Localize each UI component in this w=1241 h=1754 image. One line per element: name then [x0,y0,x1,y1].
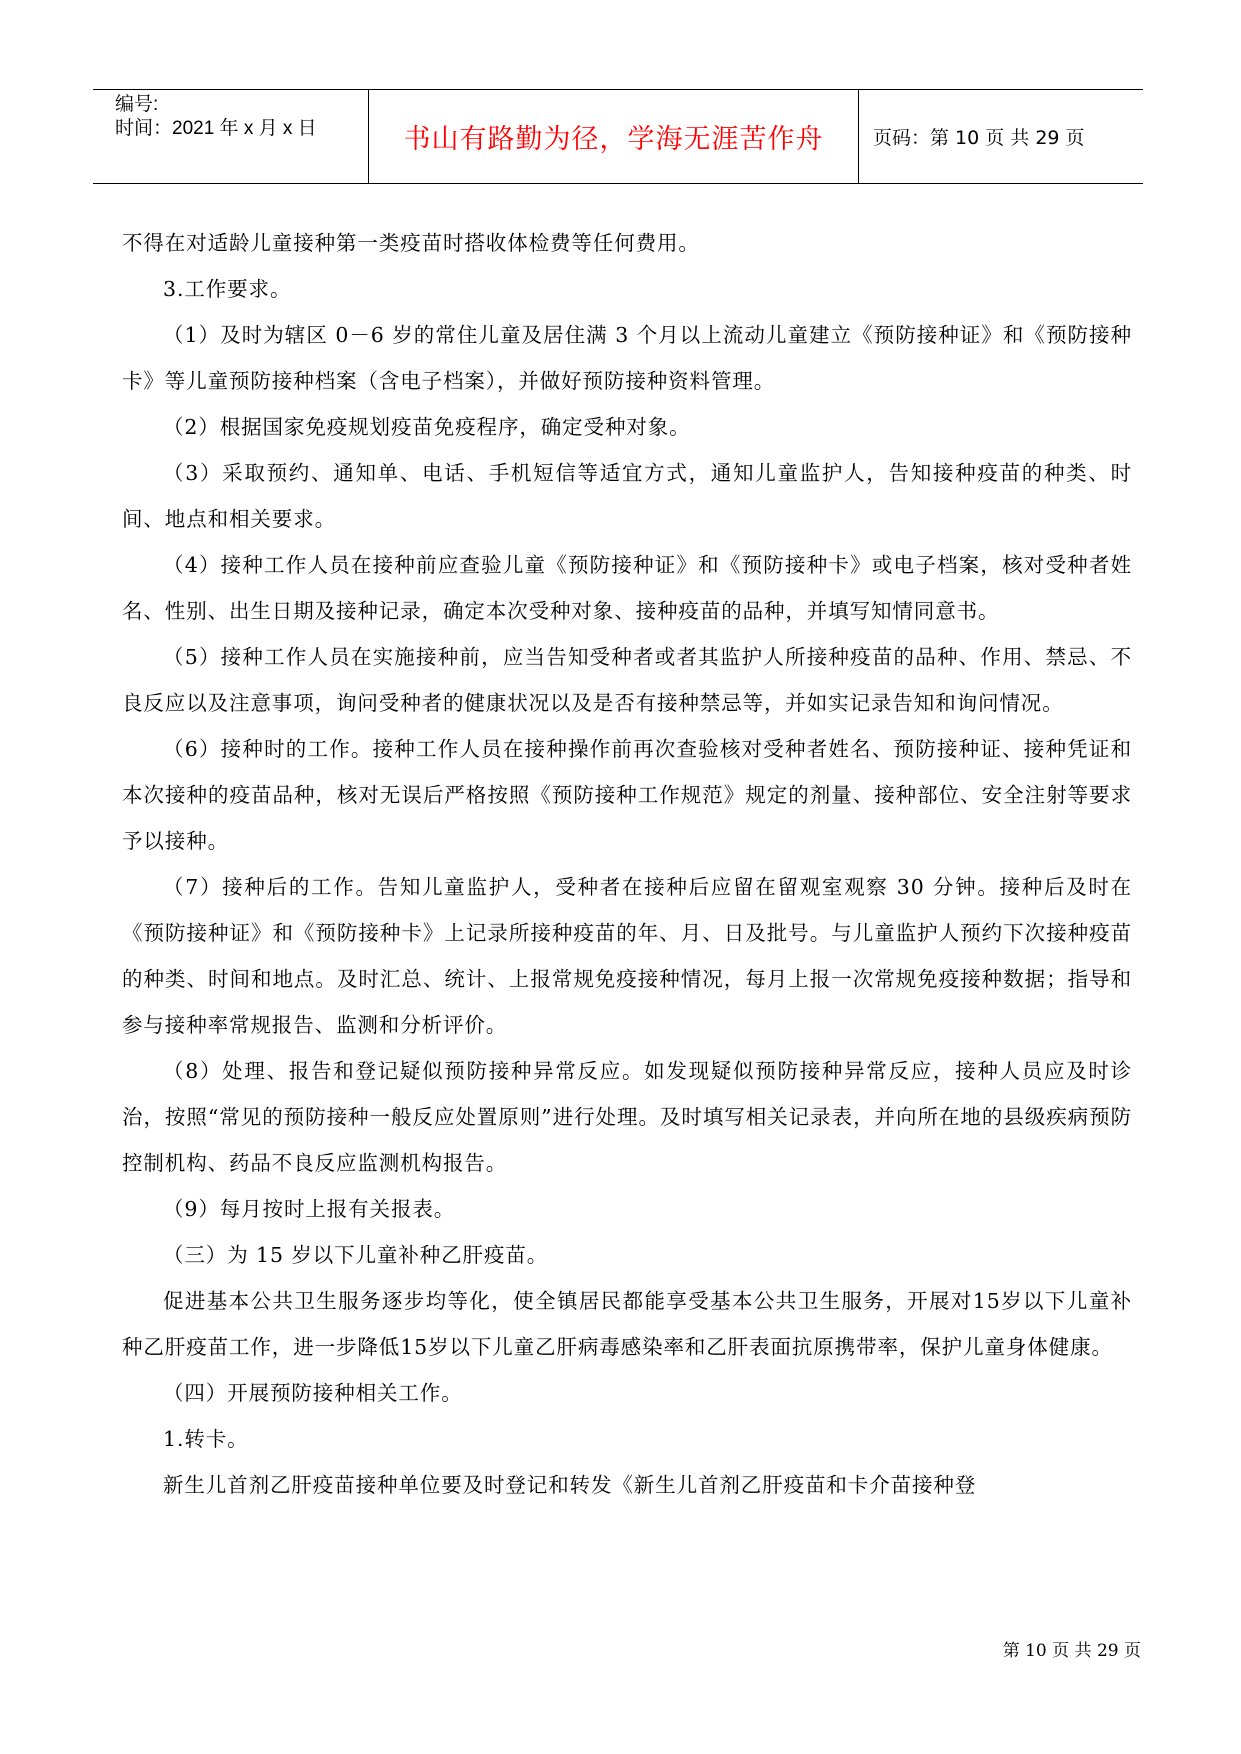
section-heading: （三）为 15 岁以下儿童补种乙肝疫苗。 [122,1232,1132,1278]
header-meta-cell: 编号: 时间：2021 年 x 月 x 日 [93,90,369,183]
document-header-table: 编号: 时间：2021 年 x 月 x 日 书山有路勤为径，学海无涯苦作舟 页码… [93,89,1143,184]
paragraph: （4）接种工作人员在接种前应查验儿童《预防接种证》和《预防接种卡》或电子档案，核… [122,542,1132,634]
header-page-cell: 页码：第 10 页 共 29 页 [859,90,1143,183]
paragraph: （2）根据国家免疫规划疫苗免疫程序，确定受种对象。 [122,404,1132,450]
paragraph: （5）接种工作人员在实施接种前，应当告知受种者或者其监护人所接种疫苗的品种、作用… [122,634,1132,726]
paragraph: 促进基本公共卫生服务逐步均等化，使全镇居民都能享受基本公共卫生服务，开展对15岁… [122,1278,1132,1370]
paragraph: （1）及时为辖区 0－6 岁的常住儿童及居住满 3 个月以上流动儿童建立《预防接… [122,312,1132,404]
header-page-info: 页码：第 10 页 共 29 页 [873,123,1085,150]
paragraph: （6）接种时的工作。接种工作人员在接种操作前再次查验核对受种者姓名、预防接种证、… [122,726,1132,864]
header-motto: 书山有路勤为径，学海无涯苦作舟 [404,117,824,156]
header-motto-cell: 书山有路勤为径，学海无涯苦作舟 [369,90,859,183]
document-time-label: 时间：2021 年 x 月 x 日 [115,117,317,141]
paragraph: （8）处理、报告和登记疑似预防接种异常反应。如发现疑似预防接种异常反应，接种人员… [122,1048,1132,1186]
paragraph: （7）接种后的工作。告知儿童监护人，受种者在接种后应留在留观室观察 30 分钟。… [122,864,1132,1048]
paragraph: （9）每月按时上报有关报表。 [122,1186,1132,1232]
paragraph: 不得在对适龄儿童接种第一类疫苗时搭收体检费等任何费用。 [122,220,1132,266]
document-body: 不得在对适龄儿童接种第一类疫苗时搭收体检费等任何费用。 3.工作要求。 （1）及… [122,220,1132,1508]
document-number-label: 编号: [115,93,158,117]
section-heading: 1.转卡。 [122,1416,1132,1462]
paragraph: （3）采取预约、通知单、电话、手机短信等适宜方式，通知儿童监护人，告知接种疫苗的… [122,450,1132,542]
section-heading: （四）开展预防接种相关工作。 [122,1370,1132,1416]
paragraph: 新生儿首剂乙肝疫苗接种单位要及时登记和转发《新生儿首剂乙肝疫苗和卡介苗接种登 [122,1462,1132,1508]
section-heading: 3.工作要求。 [122,266,1132,312]
page-footer: 第 10 页 共 29 页 [0,1636,1141,1661]
